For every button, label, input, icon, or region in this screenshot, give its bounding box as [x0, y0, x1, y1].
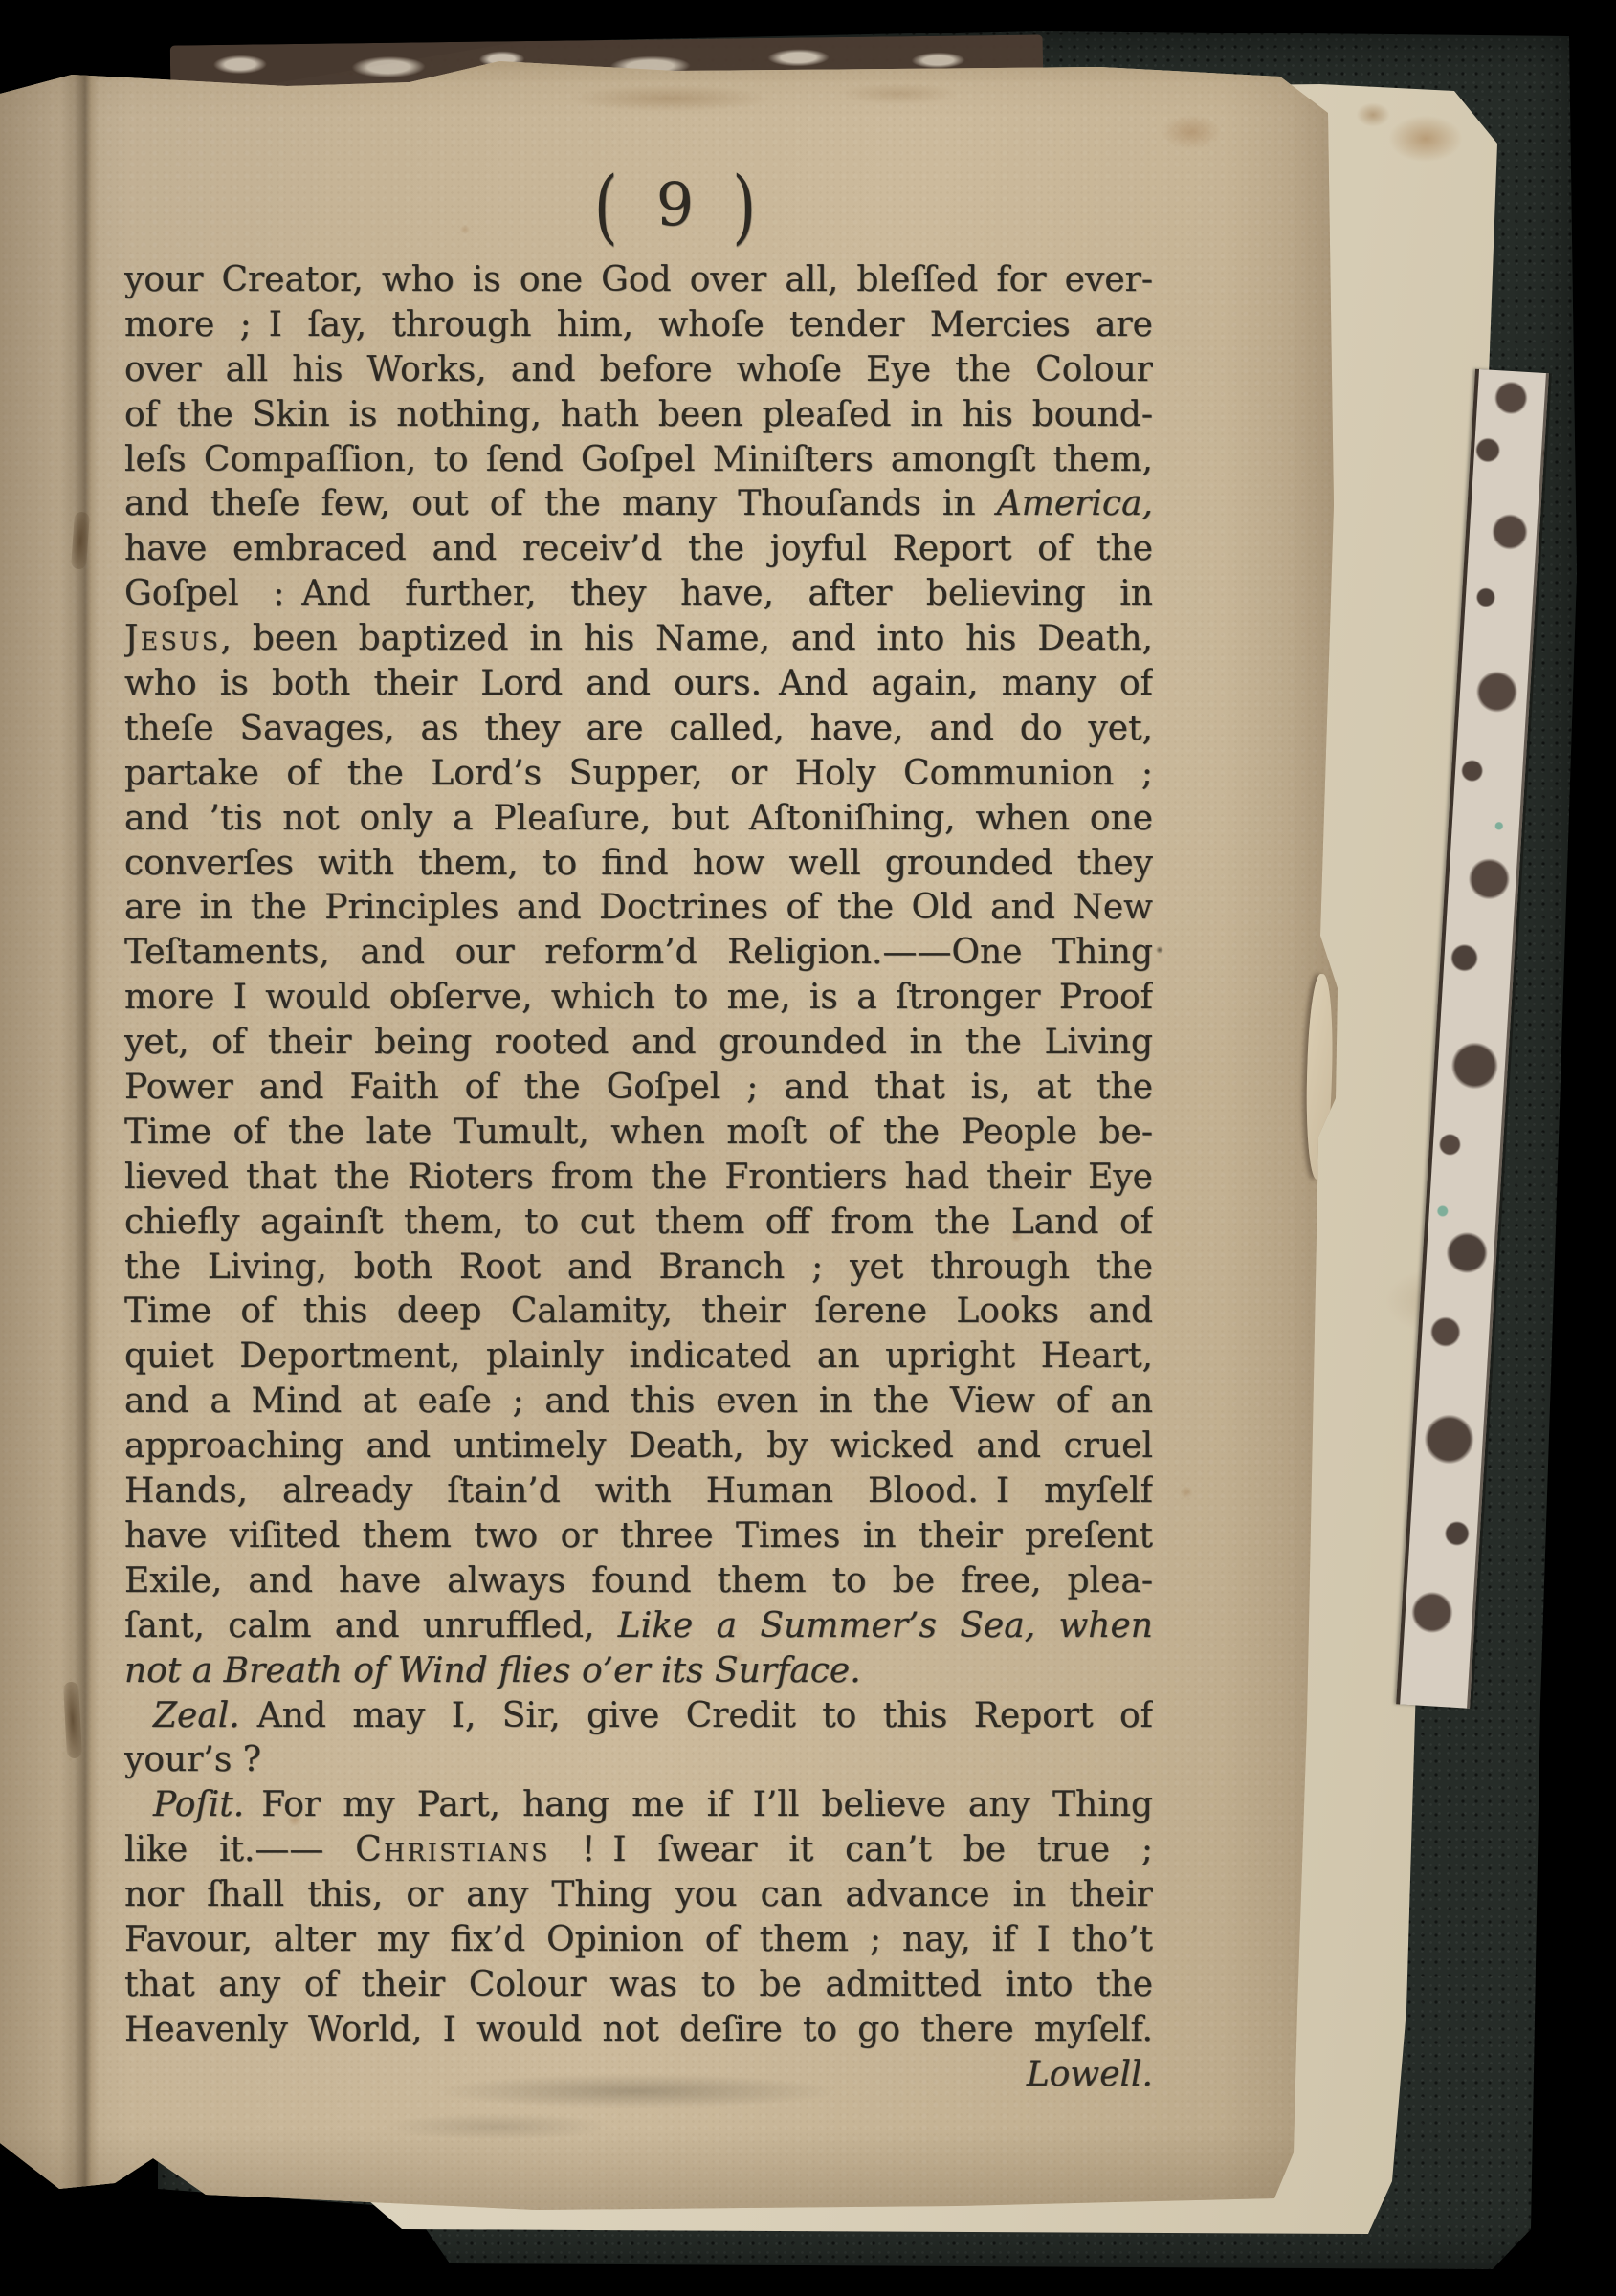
text-line: like it.—— Christians ! I ſwear it can’t… — [124, 1828, 1153, 1873]
book-scan: (9) your Creator, who is one God over al… — [0, 0, 1616, 2296]
body-text: your Creator, who is one God over all, b… — [124, 258, 1153, 2098]
text-line: and a Mind at eaſe ; and this even in th… — [124, 1380, 1153, 1424]
text-line: and ’tis not only a Pleaſure, but Aſtoni… — [124, 797, 1153, 842]
text-line: Power and Faith of the Goſpel ; and that… — [124, 1066, 1153, 1111]
text-line: yet, of their being rooted and grounded … — [124, 1021, 1153, 1066]
text-line: of the Skin is nothing, hath been pleaſe… — [124, 393, 1153, 438]
text-line: partake of the Lord’s Supper, or Holy Co… — [124, 752, 1153, 797]
text-line: Exile, and have always found them to be … — [124, 1559, 1153, 1604]
text-line: quiet Deportment, plainly indicated an u… — [124, 1335, 1153, 1380]
text-line: Poſit. For my Part, hang me if I’ll beli… — [124, 1783, 1153, 1828]
text-line: lieved that the Rioters from the Frontie… — [124, 1156, 1153, 1201]
text-line: that any of their Colour was to be admit… — [124, 1963, 1153, 2008]
text-line: the Living, both Root and Branch ; yet t… — [124, 1246, 1153, 1291]
text-line: theſe Savages, as they are called, have,… — [124, 707, 1153, 752]
page-number-header: (9) — [161, 151, 1189, 258]
text-line: and theſe few, out of the many Thouſands… — [124, 482, 1153, 527]
gutter-crease — [59, 73, 109, 2206]
text-line: leſs Compaſſion, to ſend Goſpel Miniſter… — [124, 438, 1153, 483]
text-line: Zeal. And may I, Sir, give Credit to thi… — [124, 1694, 1153, 1739]
text-line: Lowell. — [124, 2053, 1153, 2098]
text-line: over all his Works, and before whoſe Eye… — [124, 348, 1153, 393]
text-line: have embraced and receiv’d the joyful Re… — [124, 527, 1153, 572]
text-line: Teſtaments, and our reform’d Religion.——… — [124, 931, 1153, 976]
text-line: approaching and untimely Death, by wicke… — [124, 1424, 1153, 1469]
text-line: have viſited them two or three Times in … — [124, 1514, 1153, 1559]
text-line: chiefly againſt them, to cut them off fr… — [124, 1201, 1153, 1246]
text-line: Heavenly World, I would not deſire to go… — [124, 2008, 1153, 2053]
header-paren-open: ( — [594, 137, 618, 278]
header-paren-close: ) — [732, 137, 756, 278]
text-line: more I would obſerve, which to me, is a … — [124, 976, 1153, 1021]
text-line: Time of this deep Calamity, their ſerene… — [124, 1290, 1153, 1335]
text-line: your Creator, who is one God over all, b… — [124, 258, 1153, 303]
text-line: are in the Principles and Doctrines of t… — [124, 886, 1153, 931]
text-line: not a Breath of Wind flies o’er its Surf… — [124, 1649, 1153, 1694]
text-line: Time of the late Tumult, when moſt of th… — [124, 1111, 1153, 1156]
text-line: Jesus, been baptized in his Name, and in… — [124, 617, 1153, 662]
text-line: who is both their Lord and ours. And aga… — [124, 662, 1153, 707]
text-line: more ; I ſay, through him, whoſe tender … — [124, 303, 1153, 348]
page-number: 9 — [656, 151, 694, 258]
text-line: converſes with them, to find how well gr… — [124, 842, 1153, 887]
text-line: Hands, already ſtain’d with Human Blood.… — [124, 1469, 1153, 1514]
text-line: nor ſhall this, or any Thing you can adv… — [124, 1873, 1153, 1918]
text-line: your’s ? — [124, 1738, 1153, 1783]
text-line: Goſpel : And further, they have, after b… — [124, 572, 1153, 617]
text-line: ſant, calm and unruffled, Like a Summer’… — [124, 1604, 1153, 1649]
text-line: Favour, alter my fix’d Opinion of them ;… — [124, 1918, 1153, 1963]
